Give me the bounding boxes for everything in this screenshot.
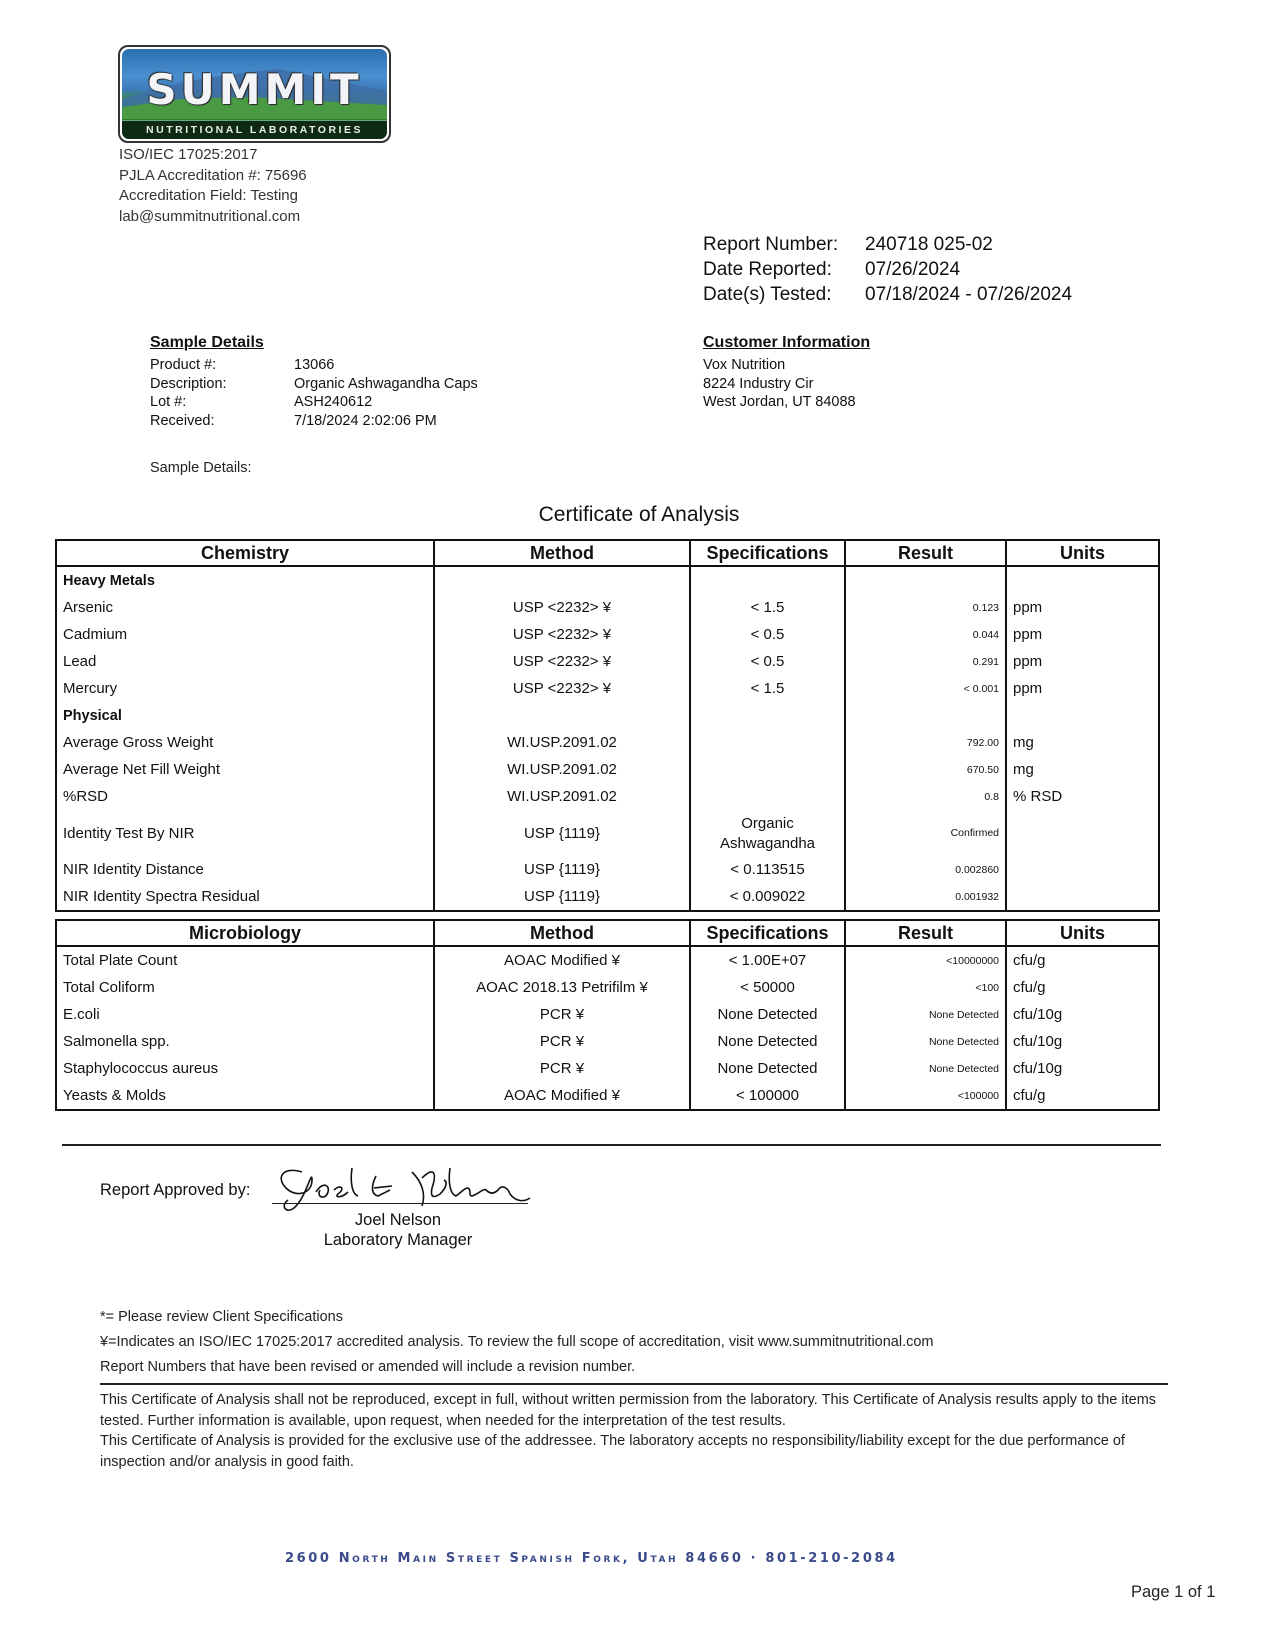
spec-cell: < 0.5 bbox=[690, 648, 845, 675]
result-cell: < 0.001 bbox=[845, 675, 1006, 702]
customer-street: 8224 Industry Cir bbox=[703, 375, 870, 394]
approved-by-label: Report Approved by: bbox=[100, 1181, 250, 1200]
empty-cell bbox=[845, 566, 1006, 594]
note-accreditation: ¥=Indicates an ISO/IEC 17025:2017 accred… bbox=[100, 1330, 934, 1355]
col-header-result: Result bbox=[845, 540, 1006, 566]
result-cell: 0.044 bbox=[845, 621, 1006, 648]
units-cell: cfu/10g bbox=[1006, 1001, 1159, 1028]
divider bbox=[100, 1383, 1168, 1385]
method-cell: USP <2232> ¥ bbox=[434, 675, 690, 702]
customer-information: Customer Information Vox Nutrition 8224 … bbox=[703, 334, 870, 412]
analyte-name: NIR Identity Spectra Residual bbox=[56, 883, 434, 911]
category-row: Heavy Metals bbox=[56, 566, 1159, 594]
spec-cell bbox=[690, 783, 845, 810]
units-cell: mg bbox=[1006, 756, 1159, 783]
analyte-name: Salmonella spp. bbox=[56, 1028, 434, 1055]
spec-cell: < 100000 bbox=[690, 1082, 845, 1110]
analyte-name: E.coli bbox=[56, 1001, 434, 1028]
notes: *= Please review Client Specifications ¥… bbox=[100, 1305, 934, 1380]
summit-logo: SUMMIT NUTRITIONAL LABORATORIES bbox=[118, 45, 391, 143]
analyte-name: Total Plate Count bbox=[56, 946, 434, 974]
analyte-name: %RSD bbox=[56, 783, 434, 810]
table-row: E.coliPCR ¥None DetectedNone Detectedcfu… bbox=[56, 1001, 1159, 1028]
page-number: Page 1 of 1 bbox=[1131, 1583, 1215, 1602]
analyte-name: Arsenic bbox=[56, 594, 434, 621]
date-reported-label: Date Reported: bbox=[703, 257, 865, 282]
table-row: Total Plate CountAOAC Modified ¥< 1.00E+… bbox=[56, 946, 1159, 974]
table-row: NIR Identity Spectra ResidualUSP {1119}<… bbox=[56, 883, 1159, 911]
method-cell: PCR ¥ bbox=[434, 1028, 690, 1055]
lab-info-email: lab@summitnutritional.com bbox=[119, 207, 307, 228]
method-cell: USP <2232> ¥ bbox=[434, 621, 690, 648]
table-row: MercuryUSP <2232> ¥< 1.5< 0.001ppm bbox=[56, 675, 1159, 702]
method-cell: WI.USP.2091.02 bbox=[434, 729, 690, 756]
spec-cell: OrganicAshwagandha bbox=[690, 810, 845, 856]
result-cell: 0.001932 bbox=[845, 883, 1006, 911]
method-cell: PCR ¥ bbox=[434, 1055, 690, 1082]
spec-cell bbox=[690, 756, 845, 783]
analyte-name: Identity Test By NIR bbox=[56, 810, 434, 856]
logo-tagline: NUTRITIONAL LABORATORIES bbox=[122, 120, 387, 139]
customer-city: West Jordan, UT 84088 bbox=[703, 393, 870, 412]
units-cell: ppm bbox=[1006, 621, 1159, 648]
category-label: Physical bbox=[56, 702, 434, 729]
result-cell: <10000000 bbox=[845, 946, 1006, 974]
units-cell bbox=[1006, 883, 1159, 911]
analyte-name: Staphylococcus aureus bbox=[56, 1055, 434, 1082]
spec-cell bbox=[690, 729, 845, 756]
lab-info-line: PJLA Accreditation #: 75696 bbox=[119, 166, 307, 187]
table-row: CadmiumUSP <2232> ¥< 0.50.044ppm bbox=[56, 621, 1159, 648]
note-revisions: Report Numbers that have been revised or… bbox=[100, 1355, 934, 1380]
microbiology-table: Microbiology Method Specifications Resul… bbox=[55, 919, 1160, 1111]
sample-details-label: Sample Details: bbox=[150, 458, 252, 478]
table-row: LeadUSP <2232> ¥< 0.50.291ppm bbox=[56, 648, 1159, 675]
empty-cell bbox=[690, 702, 845, 729]
sample-field: Product #:13066 bbox=[150, 356, 478, 375]
analyte-name: Mercury bbox=[56, 675, 434, 702]
disclaimer-paragraph: This Certificate of Analysis is provided… bbox=[100, 1431, 1180, 1472]
table-row: Total ColiformAOAC 2018.13 Petrifilm ¥< … bbox=[56, 974, 1159, 1001]
result-cell: <100 bbox=[845, 974, 1006, 1001]
col-header-microbiology: Microbiology bbox=[56, 920, 434, 946]
sample-field-label: Lot #: bbox=[150, 393, 294, 412]
table-row: Average Gross WeightWI.USP.2091.02792.00… bbox=[56, 729, 1159, 756]
spec-cell: < 1.00E+07 bbox=[690, 946, 845, 974]
col-header-specifications: Specifications bbox=[690, 920, 845, 946]
sample-field: Lot #:ASH240612 bbox=[150, 393, 478, 412]
method-cell: USP <2232> ¥ bbox=[434, 594, 690, 621]
result-cell: 0.8 bbox=[845, 783, 1006, 810]
method-cell: AOAC Modified ¥ bbox=[434, 946, 690, 974]
sample-field-label: Product #: bbox=[150, 356, 294, 375]
empty-cell bbox=[434, 702, 690, 729]
col-header-specifications: Specifications bbox=[690, 540, 845, 566]
sample-field-value: Organic Ashwagandha Caps bbox=[294, 375, 478, 394]
lab-info-line: Accreditation Field: Testing bbox=[119, 186, 307, 207]
units-cell: ppm bbox=[1006, 675, 1159, 702]
empty-cell bbox=[690, 566, 845, 594]
units-cell bbox=[1006, 856, 1159, 883]
units-cell: cfu/g bbox=[1006, 946, 1159, 974]
report-number: 240718 025-02 bbox=[865, 232, 993, 257]
document-title: Certificate of Analysis bbox=[0, 503, 1276, 527]
method-cell: PCR ¥ bbox=[434, 1001, 690, 1028]
disclaimer: This Certificate of Analysis shall not b… bbox=[100, 1390, 1180, 1472]
method-cell: WI.USP.2091.02 bbox=[434, 756, 690, 783]
sample-field-label: Received: bbox=[150, 412, 294, 431]
sample-details: Sample Details Product #:13066 Descripti… bbox=[150, 334, 478, 430]
sample-field-label: Description: bbox=[150, 375, 294, 394]
method-cell: USP {1119} bbox=[434, 883, 690, 911]
units-cell: ppm bbox=[1006, 594, 1159, 621]
spec-cell: < 1.5 bbox=[690, 675, 845, 702]
spec-cell: None Detected bbox=[690, 1028, 845, 1055]
microbiology-header-row: Microbiology Method Specifications Resul… bbox=[56, 920, 1159, 946]
units-cell bbox=[1006, 810, 1159, 856]
result-cell: 792.00 bbox=[845, 729, 1006, 756]
table-row: Identity Test By NIRUSP {1119}OrganicAsh… bbox=[56, 810, 1159, 856]
signer-name: Joel Nelson bbox=[272, 1211, 524, 1231]
spec-cell: < 0.009022 bbox=[690, 883, 845, 911]
method-cell: USP <2232> ¥ bbox=[434, 648, 690, 675]
sample-details-heading: Sample Details bbox=[150, 334, 478, 352]
lab-info: ISO/IEC 17025:2017 PJLA Accreditation #:… bbox=[119, 145, 307, 227]
sample-field: Received:7/18/2024 2:02:06 PM bbox=[150, 412, 478, 431]
method-cell: AOAC Modified ¥ bbox=[434, 1082, 690, 1110]
result-cell: 670.50 bbox=[845, 756, 1006, 783]
note-client-specs: *= Please review Client Specifications bbox=[100, 1305, 934, 1330]
units-cell: cfu/10g bbox=[1006, 1028, 1159, 1055]
spec-cell: < 0.5 bbox=[690, 621, 845, 648]
report-number-label: Report Number: bbox=[703, 232, 865, 257]
table-row: ArsenicUSP <2232> ¥< 1.50.123ppm bbox=[56, 594, 1159, 621]
lab-info-line: ISO/IEC 17025:2017 bbox=[119, 145, 307, 166]
footer-address: 2600 North Main Street Spanish Fork, Uta… bbox=[285, 1551, 898, 1566]
empty-cell bbox=[1006, 702, 1159, 729]
result-cell: <100000 bbox=[845, 1082, 1006, 1110]
sample-field-value: 7/18/2024 2:02:06 PM bbox=[294, 412, 437, 431]
spec-cell: None Detected bbox=[690, 1055, 845, 1082]
signature-image bbox=[272, 1158, 534, 1218]
analyte-name: Average Net Fill Weight bbox=[56, 756, 434, 783]
analyte-name: Lead bbox=[56, 648, 434, 675]
empty-cell bbox=[1006, 566, 1159, 594]
signature-line bbox=[272, 1203, 528, 1204]
analyte-name: Yeasts & Molds bbox=[56, 1082, 434, 1110]
col-header-method: Method bbox=[434, 920, 690, 946]
units-cell: cfu/g bbox=[1006, 1082, 1159, 1110]
dates-tested: 07/18/2024 - 07/26/2024 bbox=[865, 282, 1072, 307]
sample-field: Description:Organic Ashwagandha Caps bbox=[150, 375, 478, 394]
analyte-name: Average Gross Weight bbox=[56, 729, 434, 756]
units-cell: cfu/g bbox=[1006, 974, 1159, 1001]
customer-info-heading: Customer Information bbox=[703, 334, 870, 352]
signer-title: Laboratory Manager bbox=[272, 1231, 524, 1251]
sample-field-value: ASH240612 bbox=[294, 393, 372, 412]
method-cell: WI.USP.2091.02 bbox=[434, 783, 690, 810]
table-row: Salmonella spp.PCR ¥None DetectedNone De… bbox=[56, 1028, 1159, 1055]
logo-wordmark: SUMMIT bbox=[122, 67, 387, 113]
table-row: NIR Identity DistanceUSP {1119}< 0.11351… bbox=[56, 856, 1159, 883]
analyte-name: Cadmium bbox=[56, 621, 434, 648]
col-header-units: Units bbox=[1006, 920, 1159, 946]
units-cell: % RSD bbox=[1006, 783, 1159, 810]
result-cell: 0.291 bbox=[845, 648, 1006, 675]
table-row: Average Net Fill WeightWI.USP.2091.02670… bbox=[56, 756, 1159, 783]
result-cell: 0.123 bbox=[845, 594, 1006, 621]
disclaimer-paragraph: This Certificate of Analysis shall not b… bbox=[100, 1390, 1180, 1431]
method-cell: USP {1119} bbox=[434, 856, 690, 883]
document-title-text: Certificate of Analysis bbox=[539, 503, 740, 526]
method-cell: AOAC 2018.13 Petrifilm ¥ bbox=[434, 974, 690, 1001]
category-row: Physical bbox=[56, 702, 1159, 729]
units-cell: cfu/10g bbox=[1006, 1055, 1159, 1082]
divider bbox=[62, 1144, 1161, 1146]
result-cell: Confirmed bbox=[845, 810, 1006, 856]
result-cell: None Detected bbox=[845, 1028, 1006, 1055]
spec-cell: < 50000 bbox=[690, 974, 845, 1001]
empty-cell bbox=[845, 702, 1006, 729]
result-cell: None Detected bbox=[845, 1001, 1006, 1028]
sample-field-value: 13066 bbox=[294, 356, 334, 375]
empty-cell bbox=[434, 566, 690, 594]
col-header-chemistry: Chemistry bbox=[56, 540, 434, 566]
spec-cell: None Detected bbox=[690, 1001, 845, 1028]
category-label: Heavy Metals bbox=[56, 566, 434, 594]
analyte-name: Total Coliform bbox=[56, 974, 434, 1001]
col-header-method: Method bbox=[434, 540, 690, 566]
analyte-name: NIR Identity Distance bbox=[56, 856, 434, 883]
table-row: Staphylococcus aureusPCR ¥None DetectedN… bbox=[56, 1055, 1159, 1082]
spec-cell: < 0.113515 bbox=[690, 856, 845, 883]
spec-cell: < 1.5 bbox=[690, 594, 845, 621]
units-cell: ppm bbox=[1006, 648, 1159, 675]
table-row: %RSDWI.USP.2091.020.8% RSD bbox=[56, 783, 1159, 810]
chemistry-table: Chemistry Method Specifications Result U… bbox=[55, 539, 1160, 912]
units-cell: mg bbox=[1006, 729, 1159, 756]
col-header-units: Units bbox=[1006, 540, 1159, 566]
dates-tested-label: Date(s) Tested: bbox=[703, 282, 865, 307]
signer: Joel Nelson Laboratory Manager bbox=[272, 1211, 524, 1250]
col-header-result: Result bbox=[845, 920, 1006, 946]
result-cell: None Detected bbox=[845, 1055, 1006, 1082]
date-reported: 07/26/2024 bbox=[865, 257, 960, 282]
customer-name: Vox Nutrition bbox=[703, 356, 870, 375]
method-cell: USP {1119} bbox=[434, 810, 690, 856]
chemistry-header-row: Chemistry Method Specifications Result U… bbox=[56, 540, 1159, 566]
result-cell: 0.002860 bbox=[845, 856, 1006, 883]
logo-graphic: SUMMIT NUTRITIONAL LABORATORIES bbox=[122, 49, 387, 139]
report-meta: Report Number:240718 025-02 Date Reporte… bbox=[703, 232, 1072, 307]
table-row: Yeasts & MoldsAOAC Modified ¥< 100000<10… bbox=[56, 1082, 1159, 1110]
